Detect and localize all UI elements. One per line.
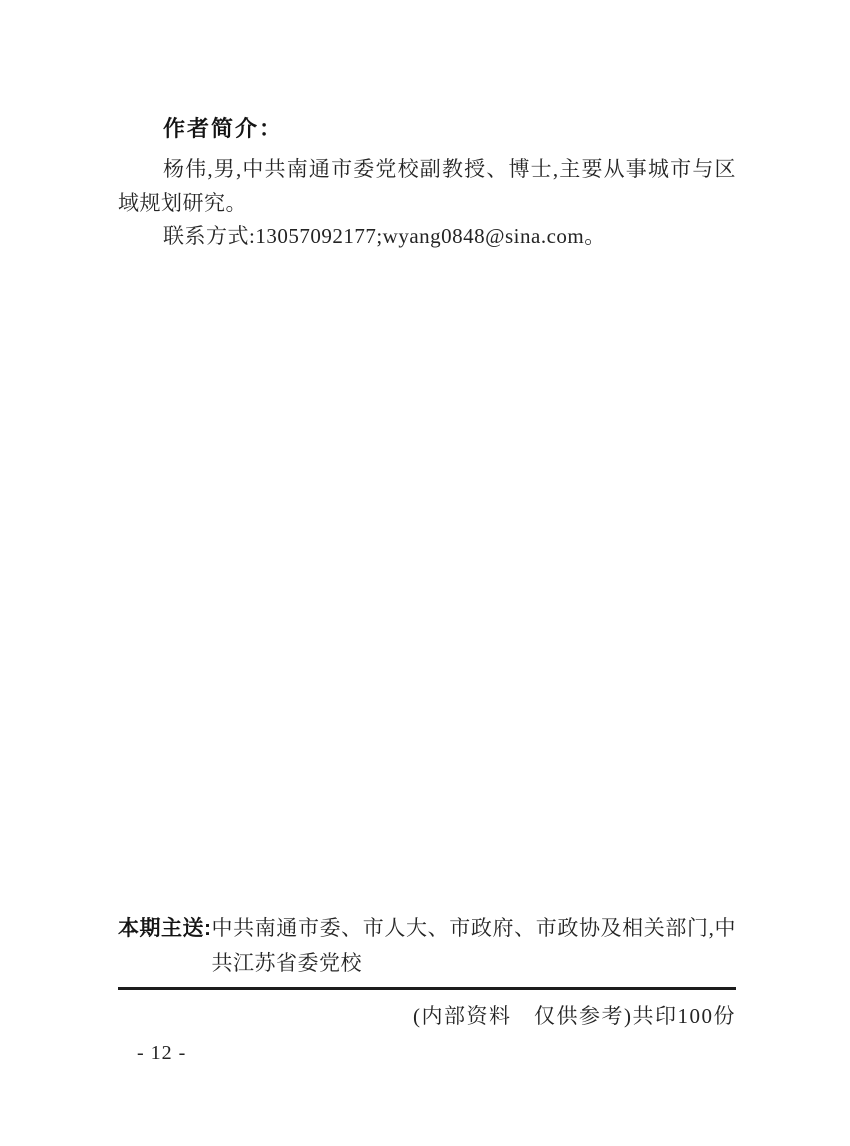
distribution-label: 本期主送: bbox=[118, 911, 212, 946]
author-section-heading: 作者简介： bbox=[118, 112, 736, 146]
author-section: 作者简介： 杨伟,男,中共南通市委党校副教授、博士,主要从事城市与区域规划研究。… bbox=[118, 112, 736, 254]
print-notice: (内部资料 仅供参考)共印100份 bbox=[118, 1001, 736, 1031]
footer-section: 本期主送: 中共南通市委、市人大、市政府、市政协及相关部门,中共江苏省委党校 (… bbox=[118, 911, 736, 1066]
distribution-line: 本期主送: 中共南通市委、市人大、市政府、市政协及相关部门,中共江苏省委党校 bbox=[118, 911, 736, 981]
document-page: 作者简介： 杨伟,男,中共南通市委党校副教授、博士,主要从事城市与区域规划研究。… bbox=[0, 0, 850, 1146]
author-bio-paragraph: 杨伟,男,中共南通市委党校副教授、博士,主要从事城市与区域规划研究。 bbox=[118, 153, 736, 220]
footer-divider bbox=[118, 987, 736, 990]
author-contact-line: 联系方式:13057092177;wyang0848@sina.com。 bbox=[118, 220, 736, 254]
distribution-recipients: 中共南通市委、市人大、市政府、市政协及相关部门,中共江苏省委党校 bbox=[212, 911, 737, 981]
page-number: - 12 - bbox=[118, 1040, 736, 1066]
